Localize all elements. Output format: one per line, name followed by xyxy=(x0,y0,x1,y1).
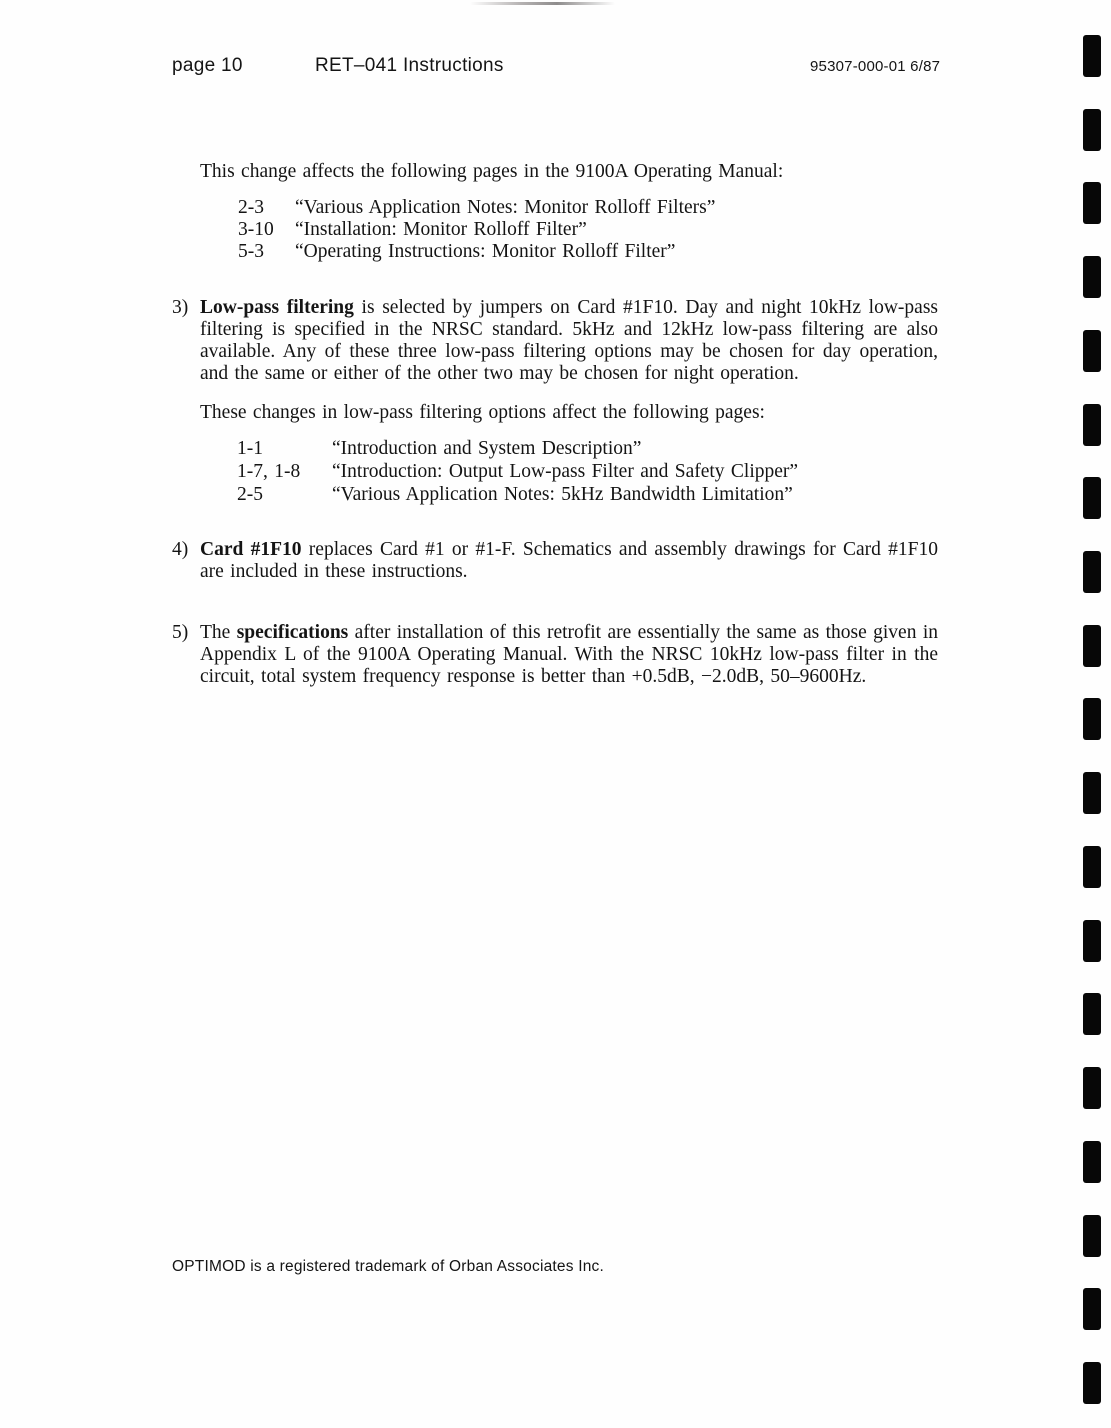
binding-mark xyxy=(1083,1215,1101,1257)
binding-mark xyxy=(1083,1362,1101,1404)
item-4-paragraph: Card #1F10 replaces Card #1 or #1-F. Sch… xyxy=(200,539,938,583)
item-3-number: 3) xyxy=(172,297,188,319)
page-ref-desc: “Installation: Monitor Rolloff Filter” xyxy=(295,219,587,240)
changes-paragraph: These changes in low-pass filtering opti… xyxy=(200,402,765,424)
page-ref-desc: “Operating Instructions: Monitor Rolloff… xyxy=(295,241,675,262)
page-ref: 2-5 xyxy=(237,484,332,506)
binding-mark xyxy=(1083,772,1101,814)
item-5-bold: specifications xyxy=(237,622,349,643)
item-4-lead: Card #1F10 xyxy=(200,539,302,560)
binding-mark xyxy=(1083,404,1101,446)
document-part-number: 95307-000-01 6/87 xyxy=(810,58,940,75)
page-ref-desc: “Various Application Notes: 5kHz Bandwid… xyxy=(332,484,793,505)
binding-mark xyxy=(1083,1141,1101,1183)
item-3-paragraph: Low-pass filtering is selected by jumper… xyxy=(200,297,938,385)
binding-mark xyxy=(1083,993,1101,1035)
binding-mark xyxy=(1083,330,1101,372)
list-item: 3-10“Installation: Monitor Rolloff Filte… xyxy=(238,219,587,241)
binding-mark xyxy=(1083,846,1101,888)
page-ref: 5-3 xyxy=(238,241,295,263)
page-ref: 1-7, 1-8 xyxy=(237,461,332,483)
item-4-number: 4) xyxy=(172,539,188,561)
page-ref-desc: “Various Application Notes: Monitor Roll… xyxy=(295,197,715,218)
intro-paragraph: This change affects the following pages … xyxy=(200,161,783,183)
binding-mark xyxy=(1083,1288,1101,1330)
item-5-paragraph: The specifications after installation of… xyxy=(200,622,938,688)
page-ref: 1-1 xyxy=(237,438,332,460)
binding-mark xyxy=(1083,477,1101,519)
item-3-lead: Low-pass filtering xyxy=(200,297,354,318)
binding-mark xyxy=(1083,35,1101,77)
binding-mark xyxy=(1083,182,1101,224)
binding-mark xyxy=(1083,109,1101,151)
scan-artifact-line xyxy=(470,2,615,5)
binding-mark xyxy=(1083,1067,1101,1109)
item-5-number: 5) xyxy=(172,622,188,644)
page-ref: 2-3 xyxy=(238,197,295,219)
item-5-pre: The xyxy=(200,622,237,643)
item-4-text: replaces Card #1 or #1-F. Schematics and… xyxy=(200,539,938,582)
list-item: 1-7, 1-8“Introduction: Output Low-pass F… xyxy=(237,461,798,483)
page-number-label: page 10 xyxy=(172,55,243,77)
list-item: 2-3“Various Application Notes: Monitor R… xyxy=(238,197,715,219)
page-ref-desc: “Introduction: Output Low-pass Filter an… xyxy=(332,461,798,482)
document-title: RET–041 Instructions xyxy=(315,55,504,77)
page-ref: 3-10 xyxy=(238,219,295,241)
binding-mark xyxy=(1083,256,1101,298)
list-item: 5-3“Operating Instructions: Monitor Roll… xyxy=(238,241,675,263)
binding-mark xyxy=(1083,920,1101,962)
binding-mark xyxy=(1083,551,1101,593)
binding-mark xyxy=(1083,698,1101,740)
binding-mark xyxy=(1083,625,1101,667)
list-item: 1-1“Introduction and System Description” xyxy=(237,438,641,460)
trademark-note: OPTIMOD is a registered trademark of Orb… xyxy=(172,1258,604,1276)
list-item: 2-5“Various Application Notes: 5kHz Band… xyxy=(237,484,793,506)
page-ref-desc: “Introduction and System Description” xyxy=(332,438,641,459)
